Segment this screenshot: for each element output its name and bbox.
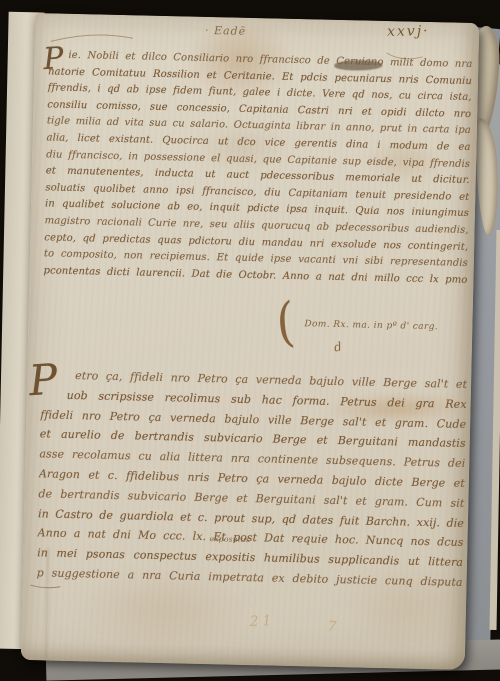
- photo-backdrop: · Eadē xxvj· P ie. Nobili et dilco Consi…: [0, 0, 500, 681]
- paragraph-1: ie. Nobili et dilco Consiliario nro ffra…: [43, 47, 472, 289]
- chancery-note: ( Dom. Rx. ma. in pº d' carg. d: [275, 295, 467, 369]
- note-flourish: d: [333, 339, 343, 354]
- faint-folio-mark: 7: [327, 619, 337, 636]
- header-mark: · Eadē: [205, 24, 246, 38]
- paragraph-2: etro ça, ffideli nro Petro ça verneda ba…: [36, 365, 467, 592]
- interlinear-note: exposuius: [209, 534, 250, 544]
- note-bracket: (: [274, 290, 297, 353]
- manuscript-page: · Eadē xxvj· P ie. Nobili et dilco Consi…: [21, 13, 480, 670]
- faint-folio-mark: 21: [249, 613, 276, 630]
- folio-number: xxvj·: [387, 23, 430, 40]
- note-text: Dom. Rx. ma. in pº d' carg.: [304, 319, 438, 332]
